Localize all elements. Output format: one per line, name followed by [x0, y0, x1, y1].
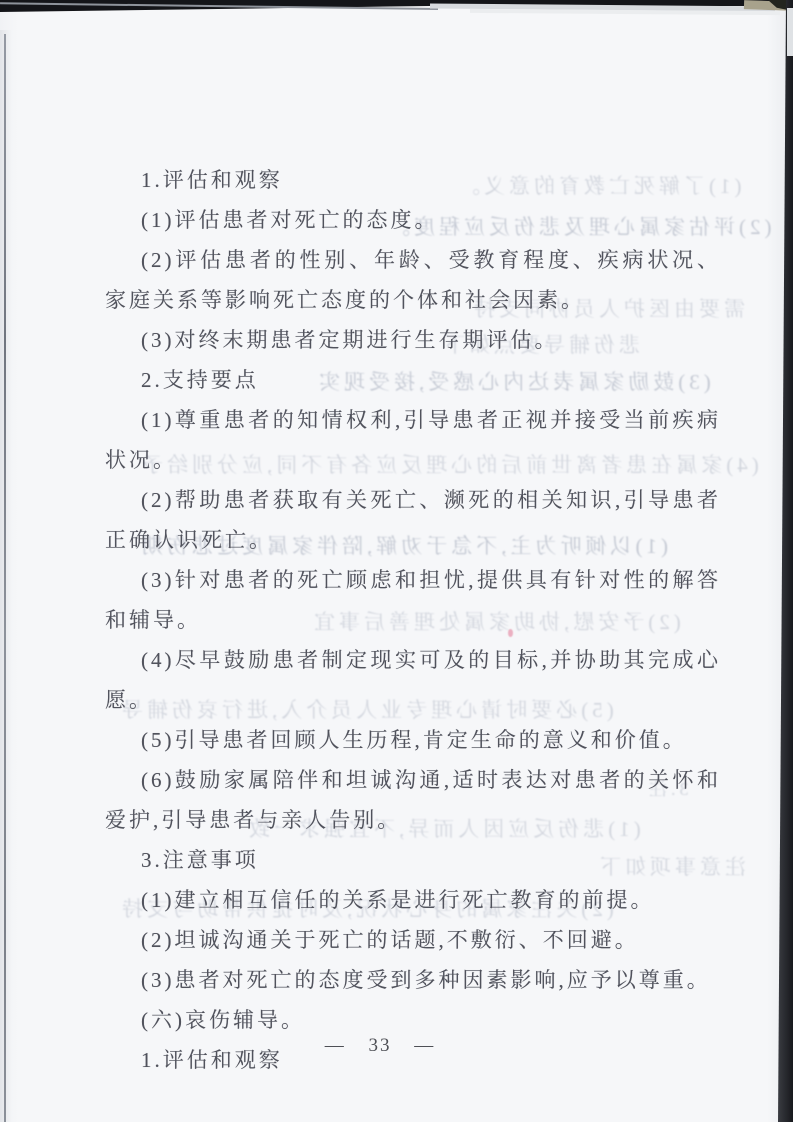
section-heading: 1.评估和观察	[105, 160, 721, 200]
scanned-document-page: (1)了解死亡教育的意义。 (2)评估家属心理及悲伤反应程度。 需要由医护人员协…	[0, 0, 793, 1122]
paragraph: (1)尊重患者的知情权利,引导患者正视并接受当前疾病状况。	[105, 400, 721, 480]
section-heading: 2.支持要点	[105, 360, 721, 400]
paragraph: (4)尽早鼓励患者制定现实可及的目标,并协助其完成心愿。	[105, 640, 721, 720]
stacked-sheet-edge	[470, 9, 780, 15]
section-heading: (六)哀伤辅导。	[105, 1000, 721, 1040]
paragraph: (2)评估患者的性别、年龄、受教育程度、疾病状况、家庭关系等影响死亡态度的个体和…	[105, 240, 721, 320]
page-right-edge-sliver	[787, 8, 793, 56]
page-number: — 33 —	[0, 1035, 760, 1057]
paragraph: (3)对终末期患者定期进行生存期评估。	[105, 320, 721, 360]
page-left-edge-line	[4, 34, 6, 1122]
section-heading: 3.注意事项	[105, 840, 721, 880]
paragraph: (2)坦诚沟通关于死亡的话题,不敷衍、不回避。	[105, 920, 721, 960]
paragraph: (5)引导患者回顾人生历程,肯定生命的意义和价值。	[105, 720, 721, 760]
paragraph: (1)建立相互信任的关系是进行死亡教育的前提。	[105, 880, 721, 920]
scan-left-shadow	[0, 30, 12, 1122]
scan-right-border	[777, 0, 793, 1122]
paragraph: (1)评估患者对死亡的态度。	[105, 200, 721, 240]
paragraph: (3)患者对死亡的态度受到多种因素影响,应予以尊重。	[105, 960, 721, 1000]
paragraph: (3)针对患者的死亡顾虑和担忧,提供具有针对性的解答和辅导。	[105, 560, 721, 640]
body-text: 1.评估和观察 (1)评估患者对死亡的态度。 (2)评估患者的性别、年龄、受教育…	[105, 160, 721, 1080]
paragraph: (6)鼓励家属陪伴和坦诚沟通,适时表达对患者的关怀和爱护,引导患者与亲人告别。	[105, 760, 721, 840]
paragraph: (2)帮助患者获取有关死亡、濒死的相关知识,引导患者正确认识死亡。	[105, 480, 721, 560]
